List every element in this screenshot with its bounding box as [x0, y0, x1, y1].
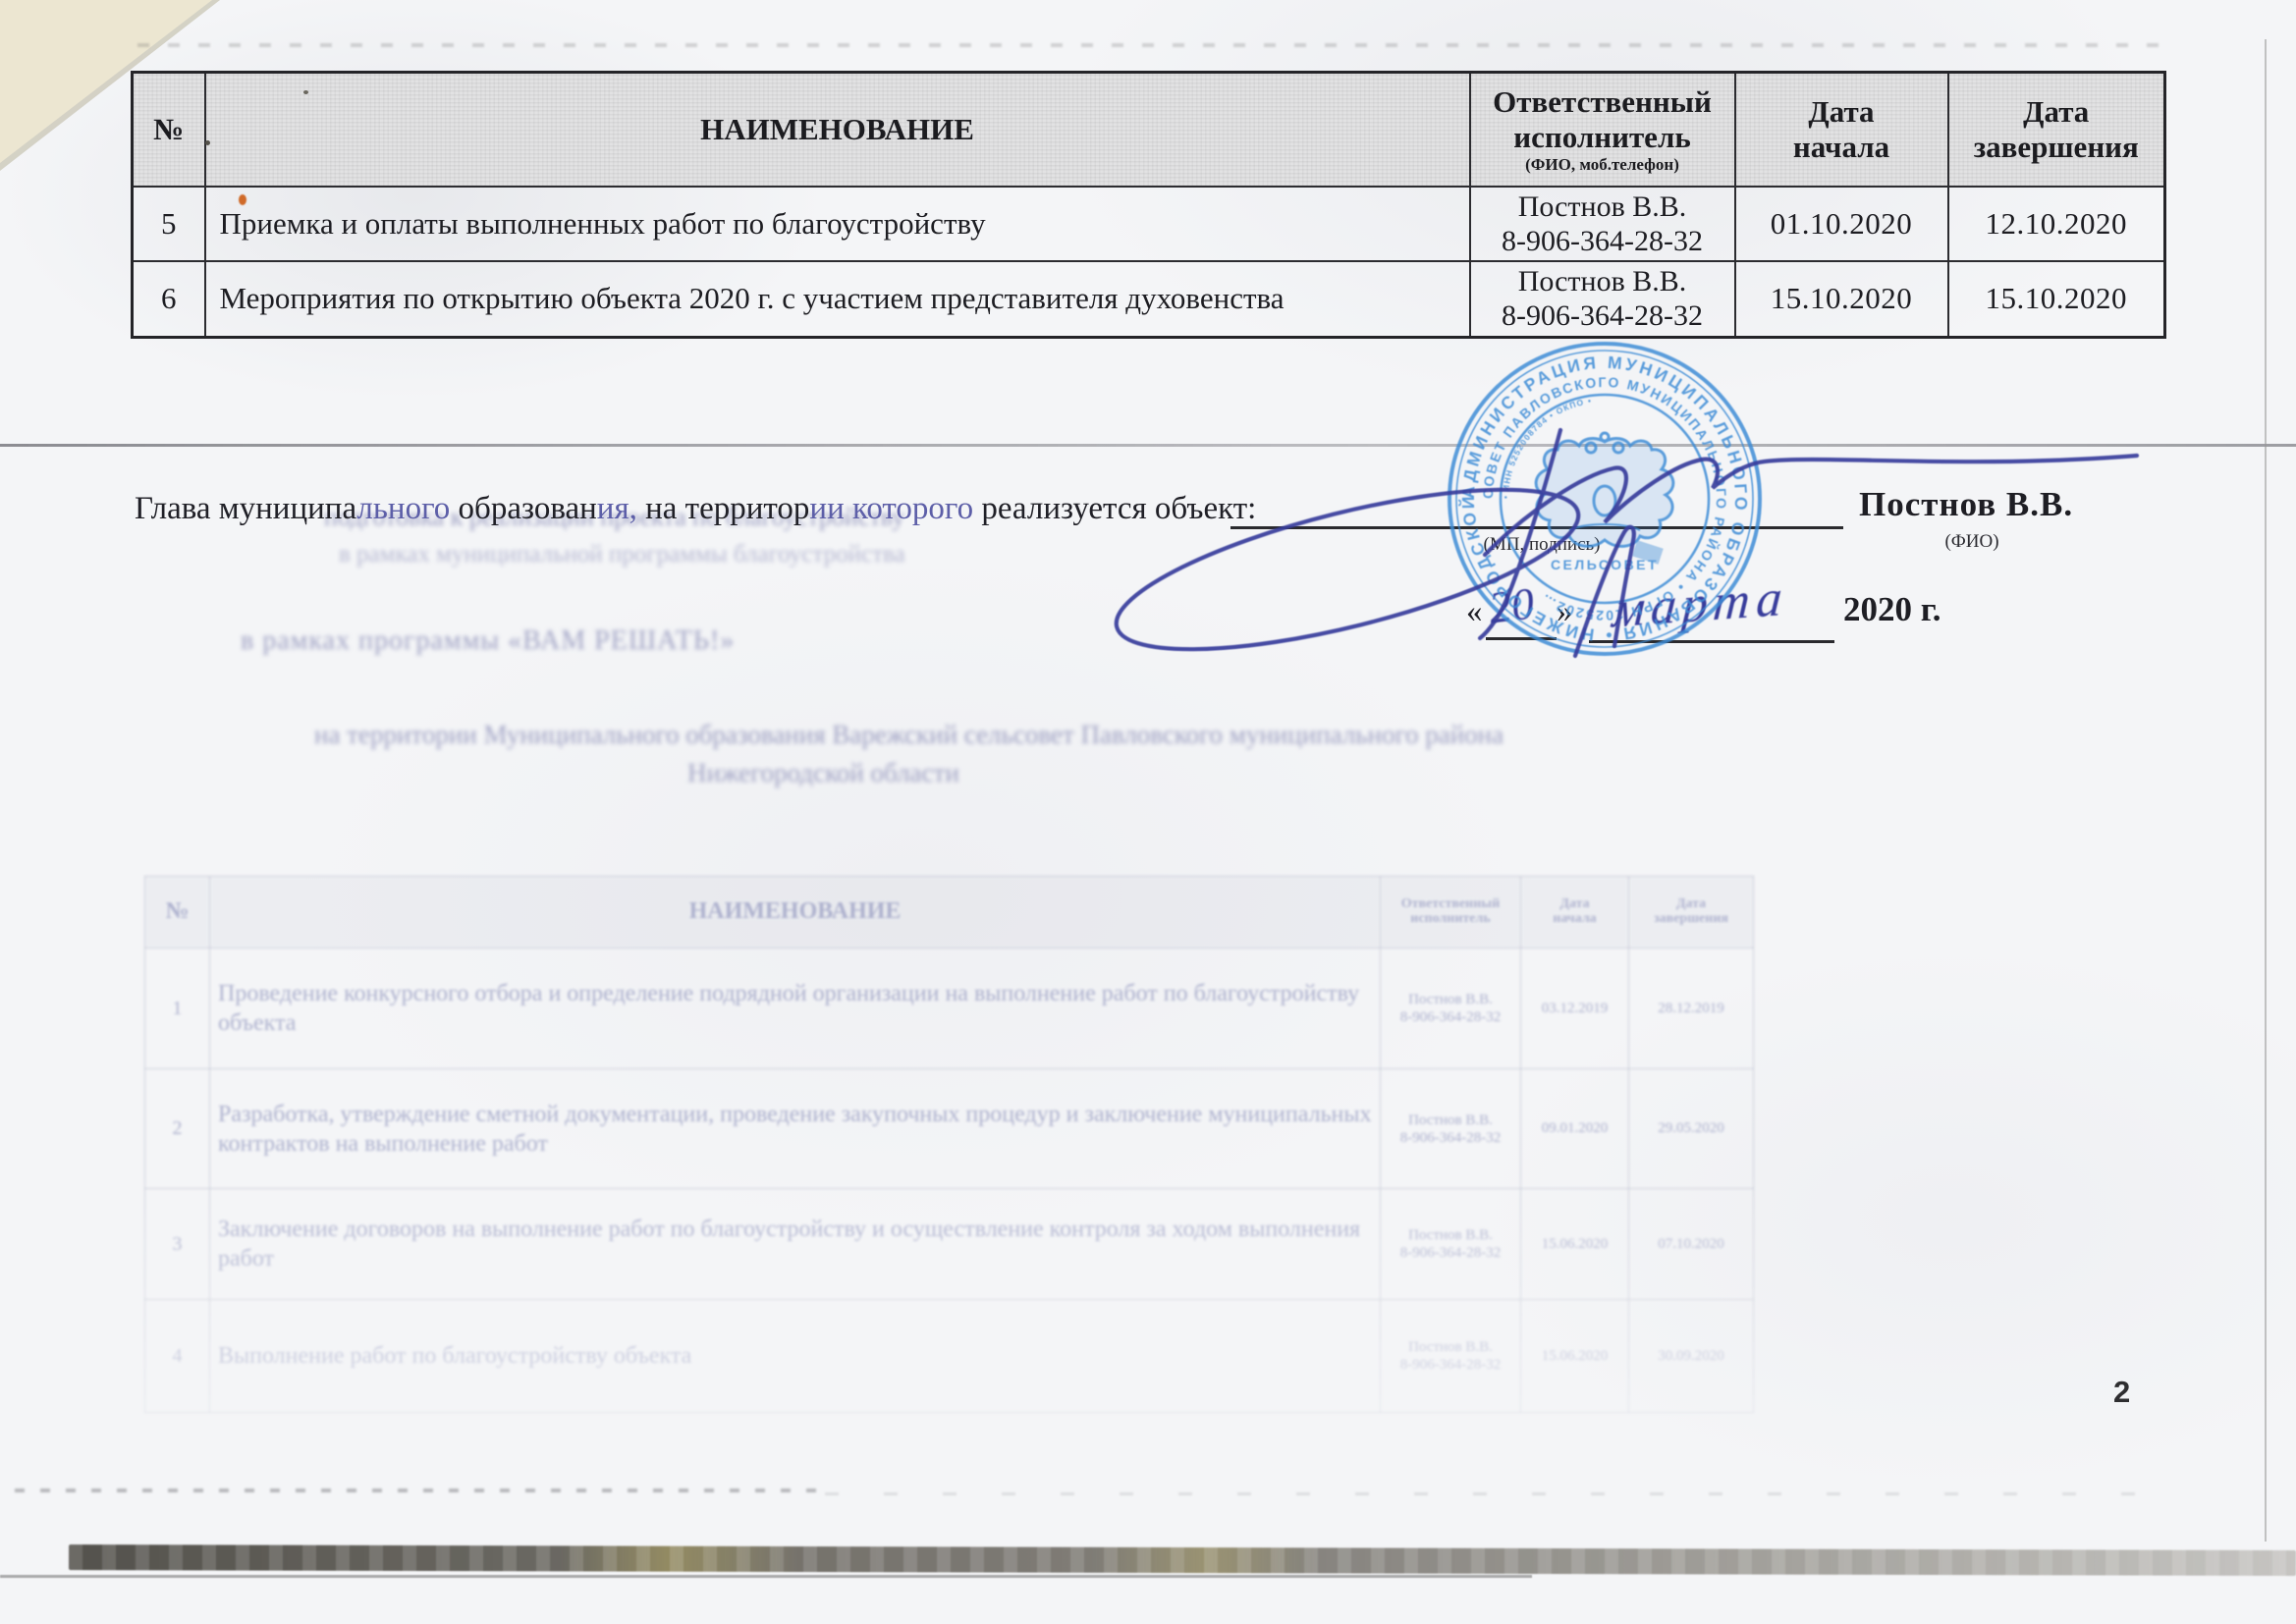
ghost-resp-line1: Ответственный — [1401, 896, 1501, 911]
ghost-col-resp: Ответственныйисполнитель — [1381, 877, 1521, 948]
row-responsible: Постнов В.В.8-906-364-28-32 — [1381, 948, 1521, 1069]
row-number: 5 — [133, 187, 205, 261]
table-row: 4Выполнение работ по благоустройству объ… — [145, 1300, 1754, 1413]
start-word: начала — [1793, 130, 1889, 164]
row-responsible: Постнов В.В.8-906-364-28-32 — [1470, 261, 1735, 337]
table-row: 2Разработка, утверждение сметной докумен… — [145, 1069, 1754, 1189]
sentence-segment: образован — [450, 491, 596, 526]
responsible-phone: 8-906-364-28-32 — [1400, 1357, 1501, 1373]
responsible-name: Постнов В.В. — [1518, 190, 1687, 223]
ghost-date-word: Дата — [1676, 896, 1706, 911]
resp-header-line1: Ответственный — [1493, 84, 1712, 119]
col-header-num: № — [133, 73, 205, 188]
row-start-date: 09.01.2020 — [1521, 1069, 1629, 1189]
ghost-resp-line2: исполнитель — [1410, 911, 1491, 926]
ghost-end-word: завершения — [1654, 911, 1728, 926]
row-end-date: 15.10.2020 — [1948, 261, 2165, 337]
ghost-table: № НАИМЕНОВАНИЕ Ответственныйисполнитель … — [144, 876, 1754, 1413]
schedule-table: № НАИМЕНОВАНИЕ Ответственный исполнитель… — [131, 71, 2166, 339]
resp-header-line2: исполнитель — [1513, 120, 1690, 154]
row-end-date: 12.10.2020 — [1948, 187, 2165, 261]
col-header-end-date: Дата завершения — [1948, 73, 2165, 188]
row-start-date: 01.10.2020 — [1735, 187, 1948, 261]
ghost-start-word: начала — [1553, 911, 1596, 926]
col-header-start-date: Дата начала — [1735, 73, 1948, 188]
row-number: 4 — [145, 1300, 210, 1413]
date-word: Дата — [2023, 94, 2089, 129]
col-header-name: НАИМЕНОВАНИЕ — [205, 73, 1470, 188]
responsible-name: Постнов В.В. — [1408, 1112, 1493, 1128]
row-responsible: Постнов В.В.8-906-364-28-32 — [1470, 187, 1735, 261]
sentence-segment: Глава муниципа — [135, 491, 356, 526]
row-start-date: 03.12.2019 — [1521, 948, 1629, 1069]
responsible-phone: 8-906-364-28-32 — [1502, 225, 1703, 257]
table-row: 1Проведение конкурсного отбора и определ… — [145, 948, 1754, 1069]
handwritten-signature — [1070, 388, 2170, 682]
row-name: Приемка и оплаты выполненных работ по бл… — [205, 187, 1470, 261]
row-start-date: 15.06.2020 — [1521, 1300, 1629, 1413]
row-end-date: 29.05.2020 — [1629, 1069, 1754, 1189]
resp-header-sub: (ФИО, моб.телефон) — [1472, 155, 1733, 175]
ghost-line: Нижегородской области — [687, 758, 959, 788]
row-number: 1 — [145, 948, 210, 1069]
ghost-header-row: № НАИМЕНОВАНИЕ Ответственныйисполнитель … — [145, 877, 1754, 948]
ghost-line: в рамках муниципальной программы благоус… — [339, 541, 905, 568]
sentence-segment: на территор — [637, 491, 810, 526]
signature-month-swash — [1575, 527, 1634, 656]
scan-speck — [303, 90, 308, 94]
scan-speck — [205, 140, 210, 145]
row-responsible: Постнов В.В.8-906-364-28-32 — [1381, 1189, 1521, 1300]
ghost-line: на территории Муниципального образования… — [314, 720, 1503, 750]
responsible-phone: 8-906-364-28-32 — [1400, 1130, 1501, 1146]
responsible-name: Постнов В.В. — [1518, 265, 1687, 298]
row-number: 6 — [133, 261, 205, 337]
responsible-name: Постнов В.В. — [1408, 1227, 1493, 1243]
sentence-segment: льного — [356, 491, 450, 526]
date-word: Дата — [1808, 94, 1874, 129]
scan-right-edge-line — [2265, 39, 2267, 1542]
row-start-date: 15.10.2020 — [1735, 261, 1948, 337]
end-word: завершения — [1974, 130, 2139, 164]
row-end-date: 30.09.2020 — [1629, 1300, 1754, 1413]
table-row: 5Приемка и оплаты выполненных работ по б… — [133, 187, 2165, 261]
row-responsible: Постнов В.В.8-906-364-28-32 — [1381, 1300, 1521, 1413]
responsible-name: Постнов В.В. — [1408, 1339, 1493, 1355]
responsible-phone: 8-906-364-28-32 — [1400, 1245, 1501, 1261]
paper-edge-line — [0, 1575, 1532, 1578]
ghost-date-word: Дата — [1559, 896, 1589, 911]
responsible-phone: 8-906-364-28-32 — [1502, 299, 1703, 332]
responsible-name: Постнов В.В. — [1408, 992, 1493, 1007]
row-number: 3 — [145, 1189, 210, 1300]
scanned-document-page: подготовка к реализации проекта по благо… — [0, 0, 2296, 1624]
row-name: Мероприятия по открытию объекта 2020 г. … — [205, 261, 1470, 337]
responsible-phone: 8-906-364-28-32 — [1400, 1009, 1501, 1025]
scan-artifact-dots-sparse — [825, 1492, 2160, 1495]
ghost-col-end: Датазавершения — [1629, 877, 1754, 948]
row-name: Проведение конкурсного отбора и определе… — [210, 948, 1381, 1069]
signature-flourish — [1485, 456, 2137, 555]
signature-spike — [1480, 430, 1560, 638]
row-start-date: 15.06.2020 — [1521, 1189, 1629, 1300]
row-end-date: 07.10.2020 — [1629, 1189, 1754, 1300]
ghost-col-start: Датаначала — [1521, 877, 1629, 948]
table-row: 6Мероприятия по открытию объекта 2020 г.… — [133, 261, 2165, 337]
row-name: Выполнение работ по благоустройству объе… — [210, 1300, 1381, 1413]
sentence-segment: ия, — [597, 491, 637, 526]
row-responsible: Постнов В.В.8-906-364-28-32 — [1381, 1069, 1521, 1189]
sentence-segment: ии которого — [809, 491, 973, 526]
header-row: № НАИМЕНОВАНИЕ Ответственный исполнитель… — [133, 73, 2165, 188]
ghost-line: в рамках программы «ВАМ РЕШАТЬ!» — [241, 625, 735, 657]
scan-artifact-dots — [15, 1489, 820, 1492]
col-header-responsible: Ответственный исполнитель (ФИО, моб.теле… — [1470, 73, 1735, 188]
row-number: 2 — [145, 1069, 210, 1189]
ghost-col-num: № — [145, 877, 210, 948]
ink-speck-orange — [239, 194, 246, 205]
table-row: 3Заключение договоров на выполнение рабо… — [145, 1189, 1754, 1300]
page-number: 2 — [2113, 1375, 2130, 1410]
row-name: Заключение договоров на выполнение работ… — [210, 1189, 1381, 1300]
row-end-date: 28.12.2019 — [1629, 948, 1754, 1069]
ghost-col-name: НАИМЕНОВАНИЕ — [210, 877, 1381, 948]
row-name: Разработка, утверждение сметной документ… — [210, 1069, 1381, 1189]
